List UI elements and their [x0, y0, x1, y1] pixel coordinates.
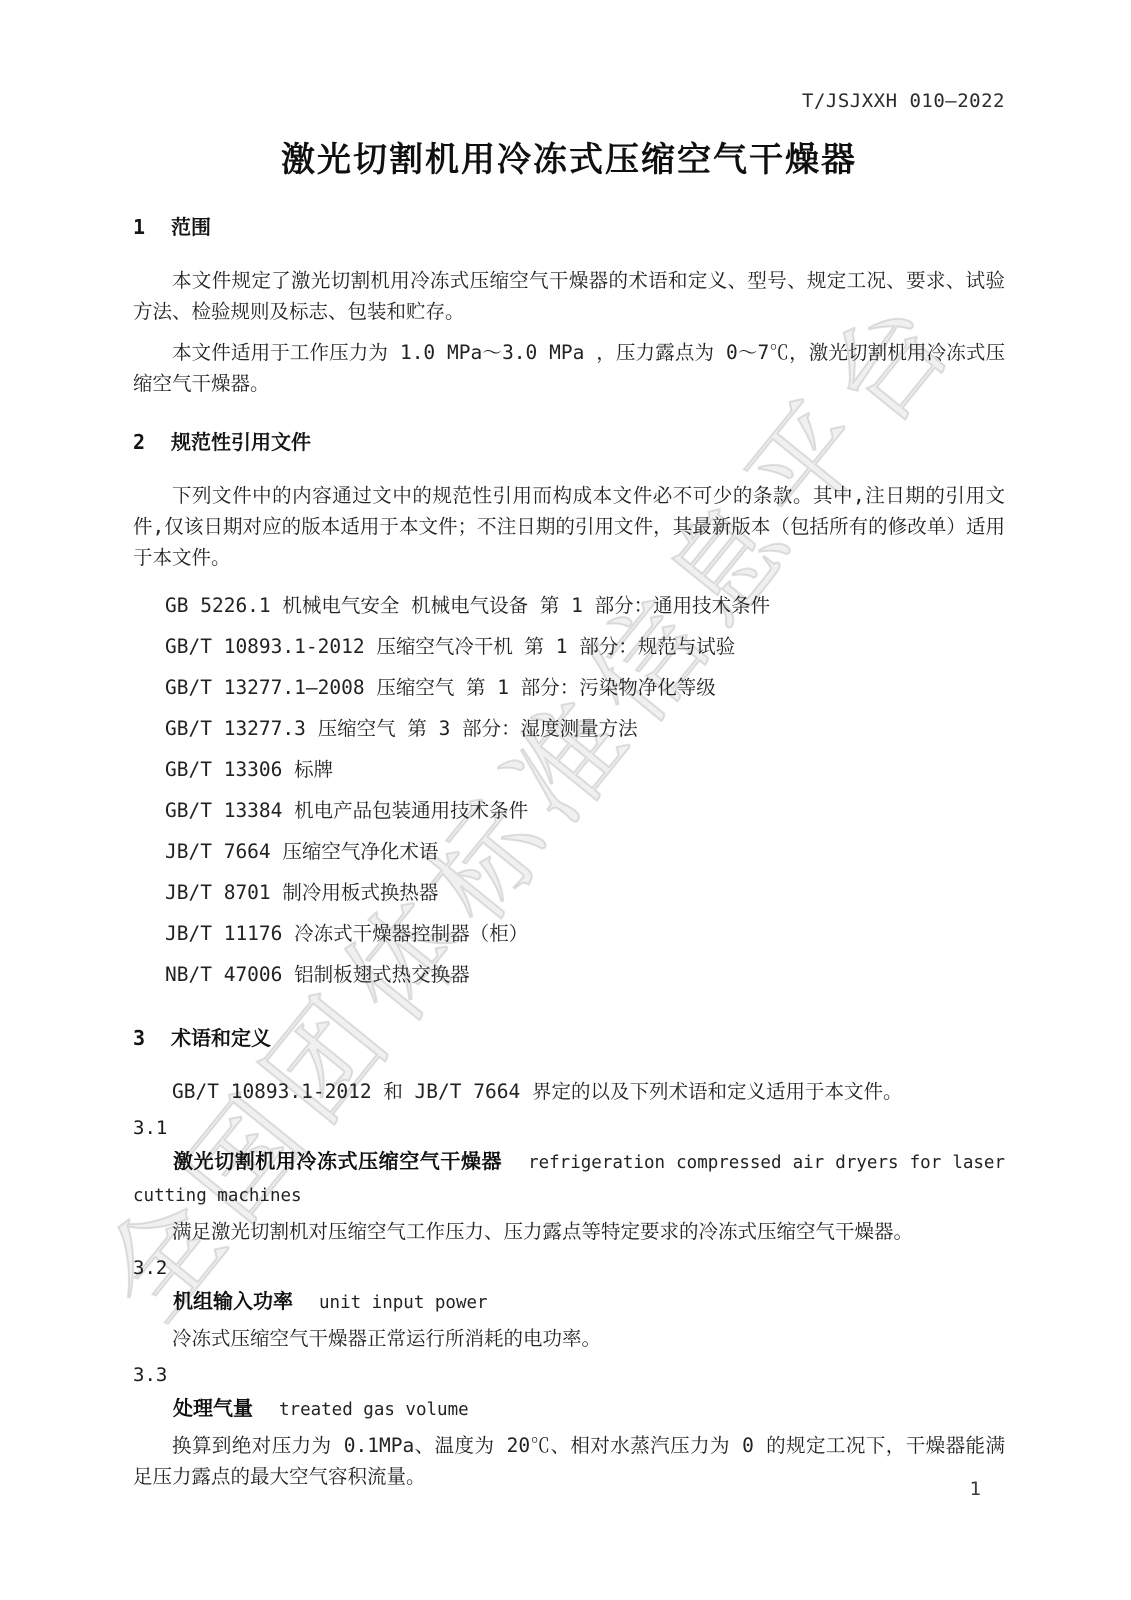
- document-page: 全国团体标准信息平台 T/JSJXXH 010—2022 激光切割机用冷冻式压缩…: [0, 0, 1131, 1600]
- section-2-number: 2: [133, 430, 145, 454]
- section-1-paragraph-2: 本文件适用于工作压力为 1.0 MPa～3.0 MPa ，压力露点为 0～7℃，…: [133, 337, 1005, 399]
- term-block-3-1: 3.1 激光切割机用冷冻式压缩空气干燥器refrigeration compre…: [133, 1117, 1005, 1247]
- section-1-heading: 1范围: [133, 214, 1005, 241]
- document-title: 激光切割机用冷冻式压缩空气干燥器: [133, 138, 1005, 184]
- reference-item: JB/T 7664 压缩空气净化术语: [165, 831, 1005, 872]
- term-block-3-3: 3.3 处理气量treated gas volume 换算到绝对压力为 0.1M…: [133, 1364, 1005, 1492]
- term-name-en: treated gas volume: [279, 1400, 469, 1420]
- reference-item: GB/T 13277.3 压缩空气 第 3 部分：湿度测量方法: [165, 708, 1005, 749]
- term-name-en: unit input power: [319, 1293, 488, 1313]
- section-3-heading: 3术语和定义: [133, 1025, 1005, 1052]
- term-title-line: 激光切割机用冷冻式压缩空气干燥器refrigeration compressed…: [133, 1146, 1005, 1212]
- term-name-zh: 激光切割机用冷冻式压缩空气干燥器: [173, 1151, 502, 1173]
- section-3-intro: GB/T 10893.1-2012 和 JB/T 7664 界定的以及下列术语和…: [133, 1076, 1005, 1107]
- term-number: 3.2: [133, 1257, 1005, 1280]
- term-definition: 换算到绝对压力为 0.1MPa、温度为 20℃、相对水蒸汽压力为 0 的规定工况…: [133, 1430, 1005, 1492]
- reference-item: GB/T 13384 机电产品包装通用技术条件: [165, 790, 1005, 831]
- reference-item: JB/T 8701 制冷用板式换热器: [165, 872, 1005, 913]
- reference-item: GB 5226.1 机械电气安全 机械电气设备 第 1 部分：通用技术条件: [165, 585, 1005, 626]
- reference-item: GB/T 13277.1—2008 压缩空气 第 1 部分：污染物净化等级: [165, 667, 1005, 708]
- term-name-zh: 处理气量: [173, 1398, 253, 1420]
- reference-item: GB/T 10893.1-2012 压缩空气冷干机 第 1 部分：规范与试验: [165, 626, 1005, 667]
- section-3-title: 术语和定义: [171, 1028, 271, 1050]
- term-title-line: 机组输入功率unit input power: [133, 1286, 1005, 1319]
- term-name-zh: 机组输入功率: [173, 1291, 293, 1313]
- term-definition: 冷冻式压缩空气干燥器正常运行所消耗的电功率。: [133, 1323, 1005, 1354]
- term-definition: 满足激光切割机对压缩空气工作压力、压力露点等特定要求的冷冻式压缩空气干燥器。: [133, 1216, 1005, 1247]
- section-1-number: 1: [133, 215, 145, 239]
- reference-item: JB/T 11176 冷冻式干燥器控制器（柜）: [165, 913, 1005, 954]
- term-number: 3.3: [133, 1364, 1005, 1387]
- term-number: 3.1: [133, 1117, 1005, 1140]
- document-header: T/JSJXXH 010—2022: [133, 0, 1005, 112]
- page-number: 1: [970, 1478, 981, 1500]
- term-block-3-2: 3.2 机组输入功率unit input power 冷冻式压缩空气干燥器正常运…: [133, 1257, 1005, 1354]
- reference-item: GB/T 13306 标牌: [165, 749, 1005, 790]
- standard-number: T/JSJXXH 010—2022: [802, 90, 1005, 112]
- term-title-line: 处理气量treated gas volume: [133, 1393, 1005, 1426]
- section-1-title: 范围: [171, 217, 211, 239]
- section-2-title: 规范性引用文件: [171, 432, 311, 454]
- section-1-paragraph-1: 本文件规定了激光切割机用冷冻式压缩空气干燥器的术语和定义、型号、规定工况、要求、…: [133, 265, 1005, 327]
- section-2-intro: 下列文件中的内容通过文中的规范性引用而构成本文件必不可少的条款。其中,注日期的引…: [133, 480, 1005, 573]
- section-2-heading: 2规范性引用文件: [133, 429, 1005, 456]
- reference-item: NB/T 47006 铝制板翅式热交换器: [165, 954, 1005, 995]
- section-3-number: 3: [133, 1026, 145, 1050]
- page-content: T/JSJXXH 010—2022 激光切割机用冷冻式压缩空气干燥器 1范围 本…: [133, 0, 1005, 1492]
- reference-list: GB 5226.1 机械电气安全 机械电气设备 第 1 部分：通用技术条件 GB…: [133, 585, 1005, 995]
